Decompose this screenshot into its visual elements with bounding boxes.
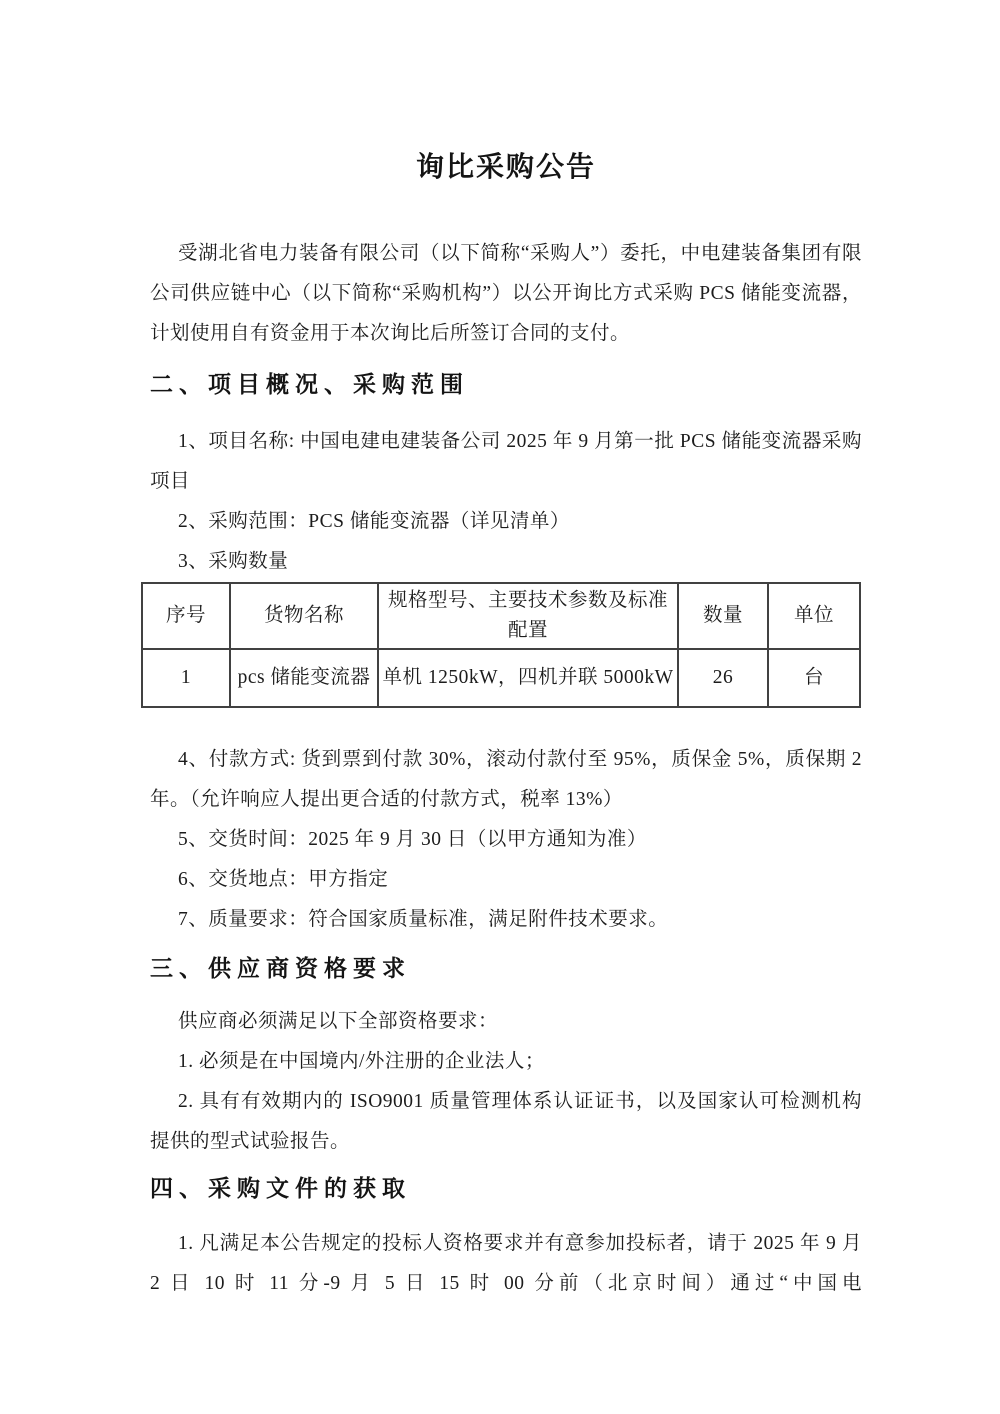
section2-item-delivery-time: 5、交货时间：2025 年 9 月 30 日（以甲方通知为准） xyxy=(150,820,862,860)
table-header-seq: 序号 xyxy=(142,583,230,649)
table-cell-unit: 台 xyxy=(768,649,860,707)
section2-item-payment: 4、付款方式: 货到票到付款 30%，滚动付款付至 95%，质保金 5%，质保期… xyxy=(150,740,862,820)
table-header-row: 序号 货物名称 规格型号、主要技术参数及标准配置 数量 单位 xyxy=(142,583,860,649)
section3-item-legal-entity: 1. 必须是在中国境内/外注册的企业法人； xyxy=(150,1042,862,1082)
table-header-goods-name: 货物名称 xyxy=(230,583,378,649)
table-header-qty: 数量 xyxy=(678,583,768,649)
procurement-items-table: 序号 货物名称 规格型号、主要技术参数及标准配置 数量 单位 1 pcs 储能变… xyxy=(141,582,861,708)
section2-item-scope: 2、采购范围：PCS 储能变流器（详见清单） xyxy=(150,502,862,542)
table-cell-seq: 1 xyxy=(142,649,230,707)
section3-lead: 供应商必须满足以下全部资格要求： xyxy=(150,1002,862,1042)
section4-heading: 四、采购文件的获取 xyxy=(150,1174,862,1204)
document-page: 询比采购公告 受湖北省电力装备有限公司（以下简称“采购人”）委托，中电建装备集团… xyxy=(0,0,1000,1414)
intro-paragraph: 受湖北省电力装备有限公司（以下简称“采购人”）委托，中电建装备集团有限公司供应链… xyxy=(150,234,862,354)
section3-item-iso9001: 2. 具有有效期内的 ISO9001 质量管理体系认证证书，以及国家认可检测机构… xyxy=(150,1082,862,1162)
table-cell-spec: 单机 1250kW，四机并联 5000kW xyxy=(378,649,678,707)
section3-heading: 三、供应商资格要求 xyxy=(150,954,862,984)
table-cell-qty: 26 xyxy=(678,649,768,707)
section2-item-quality: 7、质量要求：符合国家质量标准，满足附件技术要求。 xyxy=(150,900,862,940)
table-header-unit: 单位 xyxy=(768,583,860,649)
section2-item-quantity: 3、采购数量 xyxy=(150,542,862,582)
section2-item-project-name: 1、项目名称: 中国电建电建装备公司 2025 年 9 月第一批 PCS 储能变… xyxy=(150,422,862,502)
table-row: 1 pcs 储能变流器 单机 1250kW，四机并联 5000kW 26 台 xyxy=(142,649,860,707)
doc-title: 询比采购公告 xyxy=(150,148,862,188)
table-header-spec: 规格型号、主要技术参数及标准配置 xyxy=(378,583,678,649)
section4-item-obtain-documents: 1. 凡满足本公告规定的投标人资格要求并有意参加投标者，请于 2025 年 9 … xyxy=(150,1224,862,1304)
section2-item-delivery-place: 6、交货地点：甲方指定 xyxy=(150,860,862,900)
table-cell-goods-name: pcs 储能变流器 xyxy=(230,649,378,707)
section2-heading: 二、项目概况、采购范围 xyxy=(150,370,862,400)
